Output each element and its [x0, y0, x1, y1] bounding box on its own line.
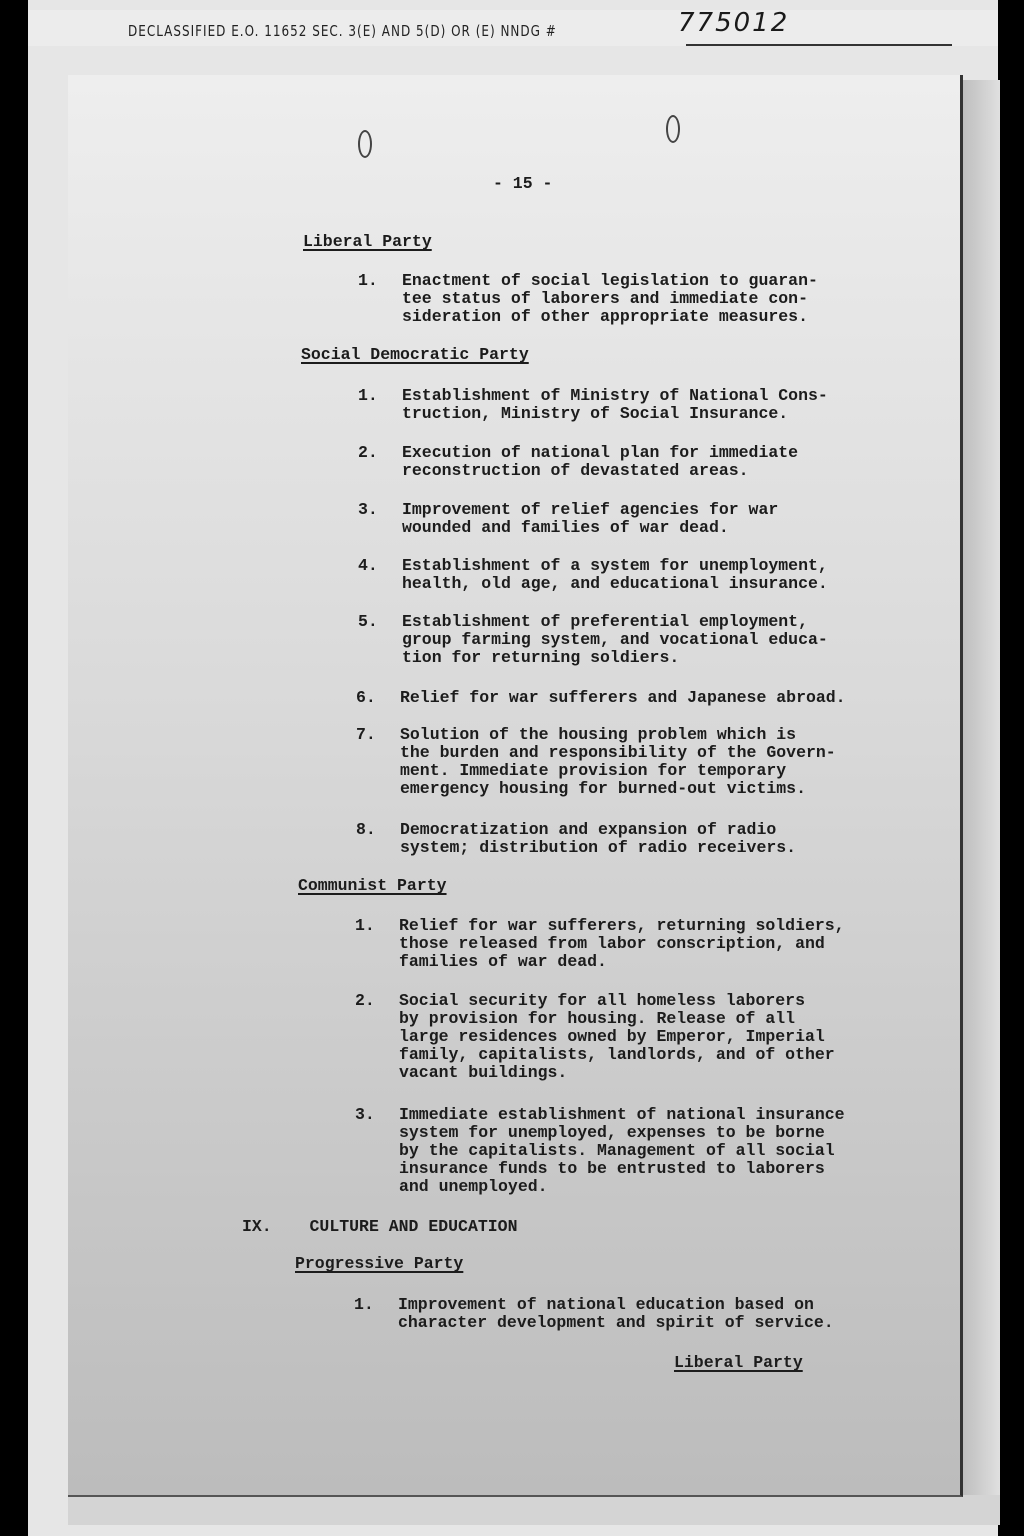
item-text: Establishment of Ministry of National Co… — [402, 387, 828, 423]
list-item: 7. Solution of the housing problem which… — [356, 726, 836, 798]
section-numeral: IX. — [242, 1217, 272, 1236]
heading-liberal-party: Liberal Party — [303, 233, 432, 251]
item-text: Solution of the housing problem which is… — [400, 726, 836, 798]
bottom-margin — [68, 1495, 1000, 1525]
item-text: Execution of national plan for immediate… — [402, 444, 798, 480]
list-item: 2. Execution of national plan for immedi… — [358, 444, 798, 480]
list-item: 2. Social security for all homeless labo… — [355, 992, 835, 1082]
list-item: 3. Improvement of relief agencies for wa… — [358, 501, 778, 537]
list-item: 5. Establishment of preferential employm… — [358, 613, 828, 667]
list-item: 4. Establishment of a system for unemplo… — [358, 557, 828, 593]
item-text: Relief for war sufferers and Japanese ab… — [400, 689, 846, 707]
item-number: 4. — [358, 557, 402, 593]
section-heading: IX. CULTURE AND EDUCATION — [242, 1218, 517, 1236]
list-item: 8. Democratization and expansion of radi… — [356, 821, 796, 857]
heading-progressive-party: Progressive Party — [295, 1255, 463, 1273]
heading-communist-party: Communist Party — [298, 877, 447, 895]
heading-social-democratic-party: Social Democratic Party — [301, 346, 529, 364]
document-page: - 15 - Liberal Party 1. Enactment of soc… — [68, 75, 963, 1497]
item-text: Establishment of preferential employment… — [402, 613, 828, 667]
item-number: 7. — [356, 726, 400, 798]
page-number: - 15 - — [493, 175, 552, 193]
item-text: Relief for war sufferers, returning sold… — [399, 917, 845, 971]
item-number: 2. — [355, 992, 399, 1082]
nndg-underline — [686, 44, 952, 46]
punch-hole-icon — [666, 115, 680, 143]
item-number: 1. — [355, 917, 399, 971]
item-number: 1. — [354, 1296, 398, 1332]
item-text: Improvement of relief agencies for war w… — [402, 501, 778, 537]
item-text: Immediate establishment of national insu… — [399, 1106, 845, 1196]
item-number: 3. — [358, 501, 402, 537]
item-text: Establishment of a system for unemployme… — [402, 557, 828, 593]
item-number: 8. — [356, 821, 400, 857]
item-number: 3. — [355, 1106, 399, 1196]
list-item: 1. Relief for war sufferers, returning s… — [355, 917, 845, 971]
list-item: 3. Immediate establishment of national i… — [355, 1106, 845, 1196]
list-item: 1. Establishment of Ministry of National… — [358, 387, 828, 423]
item-number: 1. — [358, 272, 402, 326]
page-edge-shadow — [960, 80, 1000, 1500]
punch-hole-icon — [358, 130, 372, 158]
list-item: 1. Improvement of national education bas… — [354, 1296, 834, 1332]
section-title: CULTURE AND EDUCATION — [310, 1217, 518, 1236]
heading-liberal-party-continued: Liberal Party — [674, 1354, 803, 1372]
item-number: 2. — [358, 444, 402, 480]
item-text: Democratization and expansion of radio s… — [400, 821, 796, 857]
item-number: 6. — [356, 689, 400, 707]
item-text: Social security for all homeless laborer… — [399, 992, 835, 1082]
list-item: 1. Enactment of social legislation to gu… — [358, 272, 818, 326]
nndg-number: 775012 — [678, 8, 789, 38]
item-text: Enactment of social legislation to guara… — [402, 272, 818, 326]
scanned-document: DECLASSIFIED E.O. 11652 SEC. 3(E) AND 5(… — [28, 0, 998, 1536]
list-item: 6. Relief for war sufferers and Japanese… — [356, 689, 846, 707]
declassification-stamp: DECLASSIFIED E.O. 11652 SEC. 3(E) AND 5(… — [128, 22, 557, 40]
item-number: 5. — [358, 613, 402, 667]
item-number: 1. — [358, 387, 402, 423]
item-text: Improvement of national education based … — [398, 1296, 834, 1332]
